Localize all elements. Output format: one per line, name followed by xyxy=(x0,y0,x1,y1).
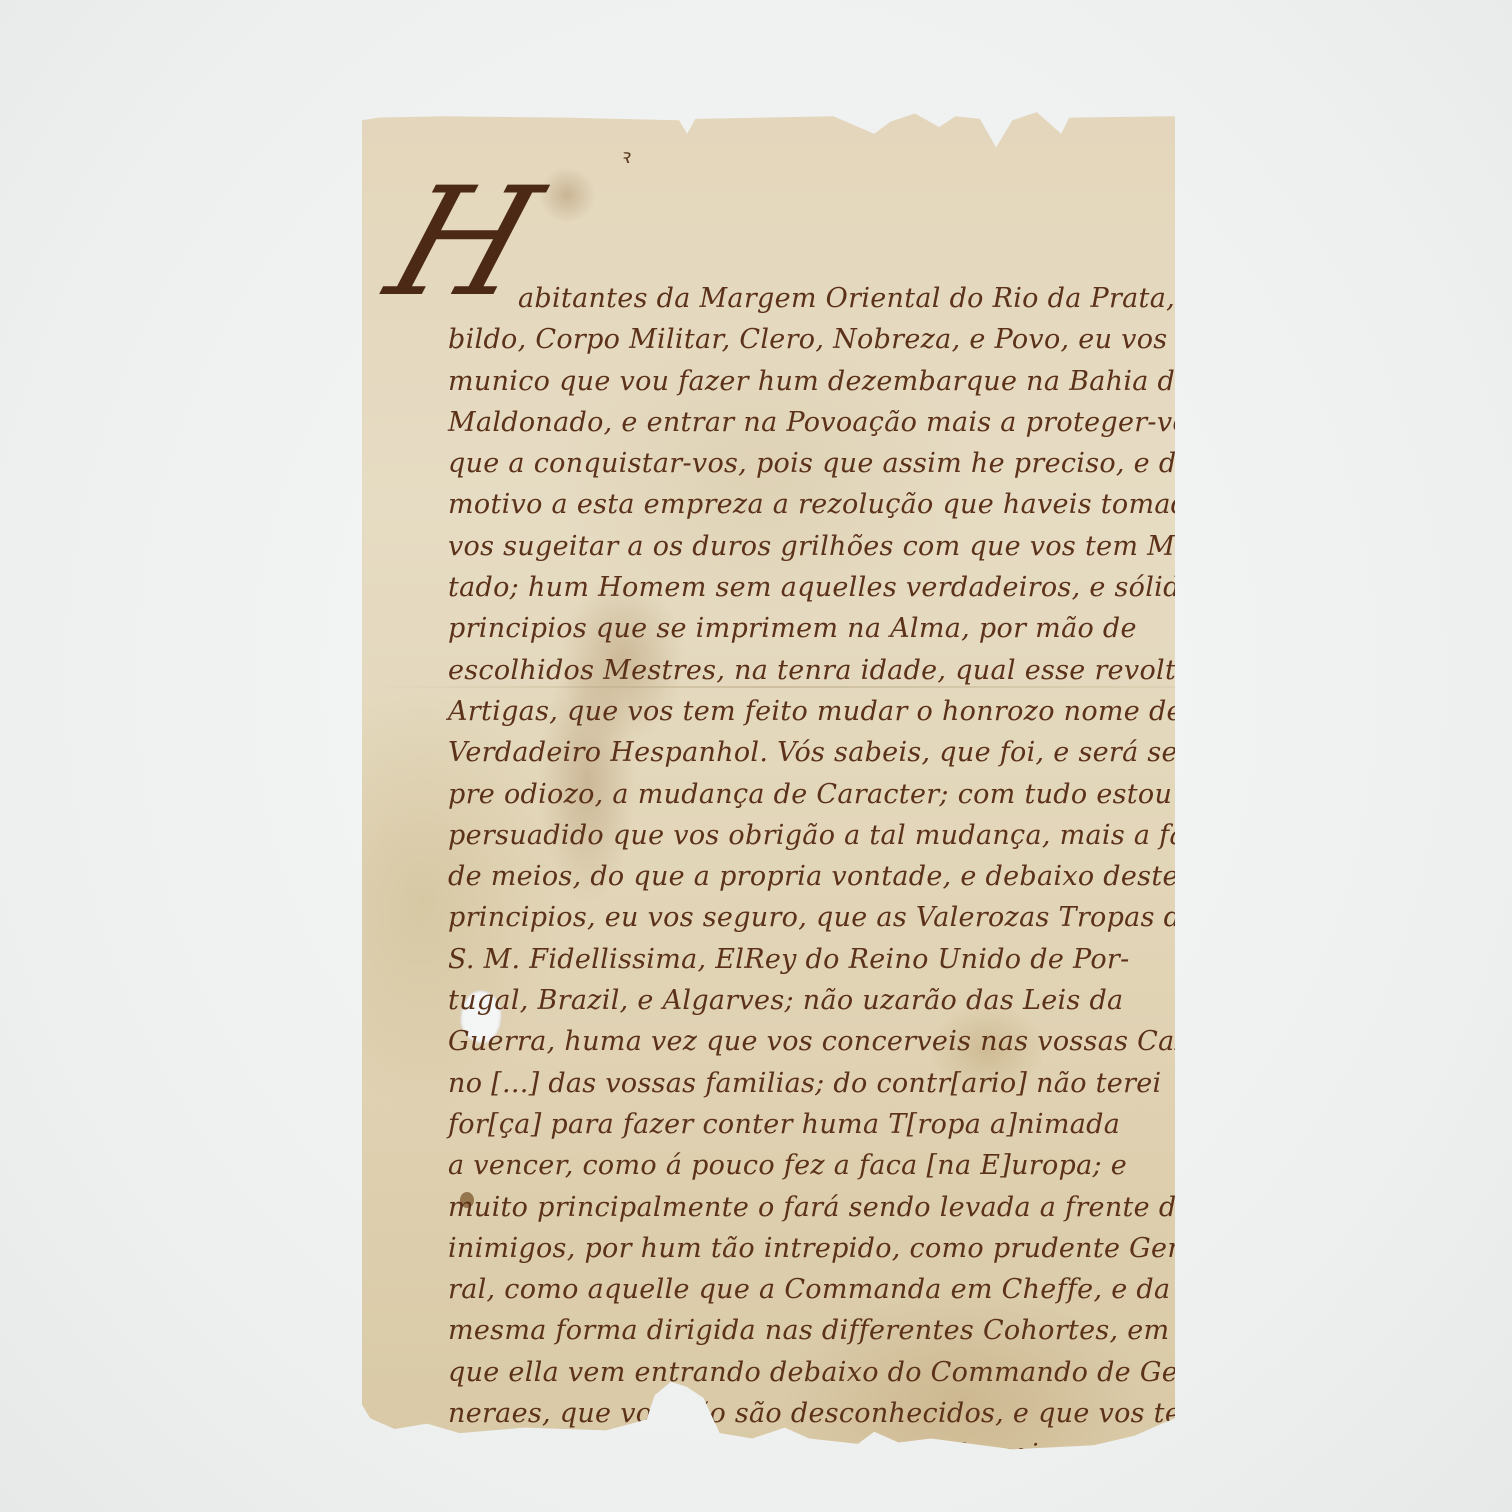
text-line: principios, eu vos seguro, que as Valero… xyxy=(448,897,1168,938)
text-line: tado; hum Homem sem aquelles verdadeiros… xyxy=(448,567,1168,608)
text-line: muito principalmente o fará sendo levada… xyxy=(448,1187,1168,1228)
text-line: no [...] das vossas familias; do contr[a… xyxy=(448,1063,1168,1104)
text-line: Maldonado, e entrar na Povoação mais a p… xyxy=(448,402,1168,443)
text-line: munico que vou fazer hum dezembarque na … xyxy=(448,361,1168,402)
text-line: abitantes da Margem Oriental do Rio da P… xyxy=(448,278,1168,319)
text-line: Artigas, que vos tem feito mudar o honro… xyxy=(448,691,1168,732)
text-line: ral, como aquelle que a Commanda em Chef… xyxy=(448,1269,1168,1310)
text-line: for[ça] para fazer conter huma T[ropa a]… xyxy=(448,1104,1168,1145)
top-ink-mark: ꝛ xyxy=(620,142,629,169)
text-line: que ella vem entrando debaixo do Command… xyxy=(448,1352,1168,1393)
manuscript-page: ꝛ H abitantes da Margem Oriental do Rio … xyxy=(362,100,1175,1452)
text-line: Guerra, huma vez que vos concerveis nas … xyxy=(448,1021,1168,1062)
text-line: a vencer, como á pouco fez a faca [na E]… xyxy=(448,1145,1168,1186)
text-line: inimigos, por hum tão intrepido, como pr… xyxy=(448,1228,1168,1269)
text-line: escolhidos Mestres, na tenra idade, qual… xyxy=(448,650,1168,691)
text-line: tugal, Brazil, e Algarves; não uzarão da… xyxy=(448,980,1168,1021)
text-line: neraes, que vos não são desconhecidos, e… xyxy=(448,1393,1168,1434)
text-line: motivo a esta empreza a rezolução que ha… xyxy=(448,484,1168,525)
text-line: vos sugeitar a os duros grilhões com que… xyxy=(448,526,1168,567)
text-line: principios que se imprimem na Alma, por … xyxy=(448,608,1168,649)
text-line: Verdadeiro Hespanhol. Vós sabeis, que fo… xyxy=(448,732,1168,773)
text-line: que a conquistar-vos, pois que assim he … xyxy=(448,443,1168,484)
manuscript-text: H abitantes da Margem Oriental do Rio da… xyxy=(448,278,1168,1476)
text-line: de meios, do que a propria vontade, e de… xyxy=(448,856,1168,897)
text-line: bildo, Corpo Militar, Clero, Nobreza, e … xyxy=(448,319,1168,360)
text-line: S. M. Fidellissima, ElRey do Reino Unido… xyxy=(448,939,1168,980)
text-line: pre odiozo, a mudança de Caracter; com t… xyxy=(448,774,1168,815)
text-line: persuadido que vos obrigão a tal mudança… xyxy=(448,815,1168,856)
text-line: mesma forma dirigida nas differentes Coh… xyxy=(448,1310,1168,1351)
